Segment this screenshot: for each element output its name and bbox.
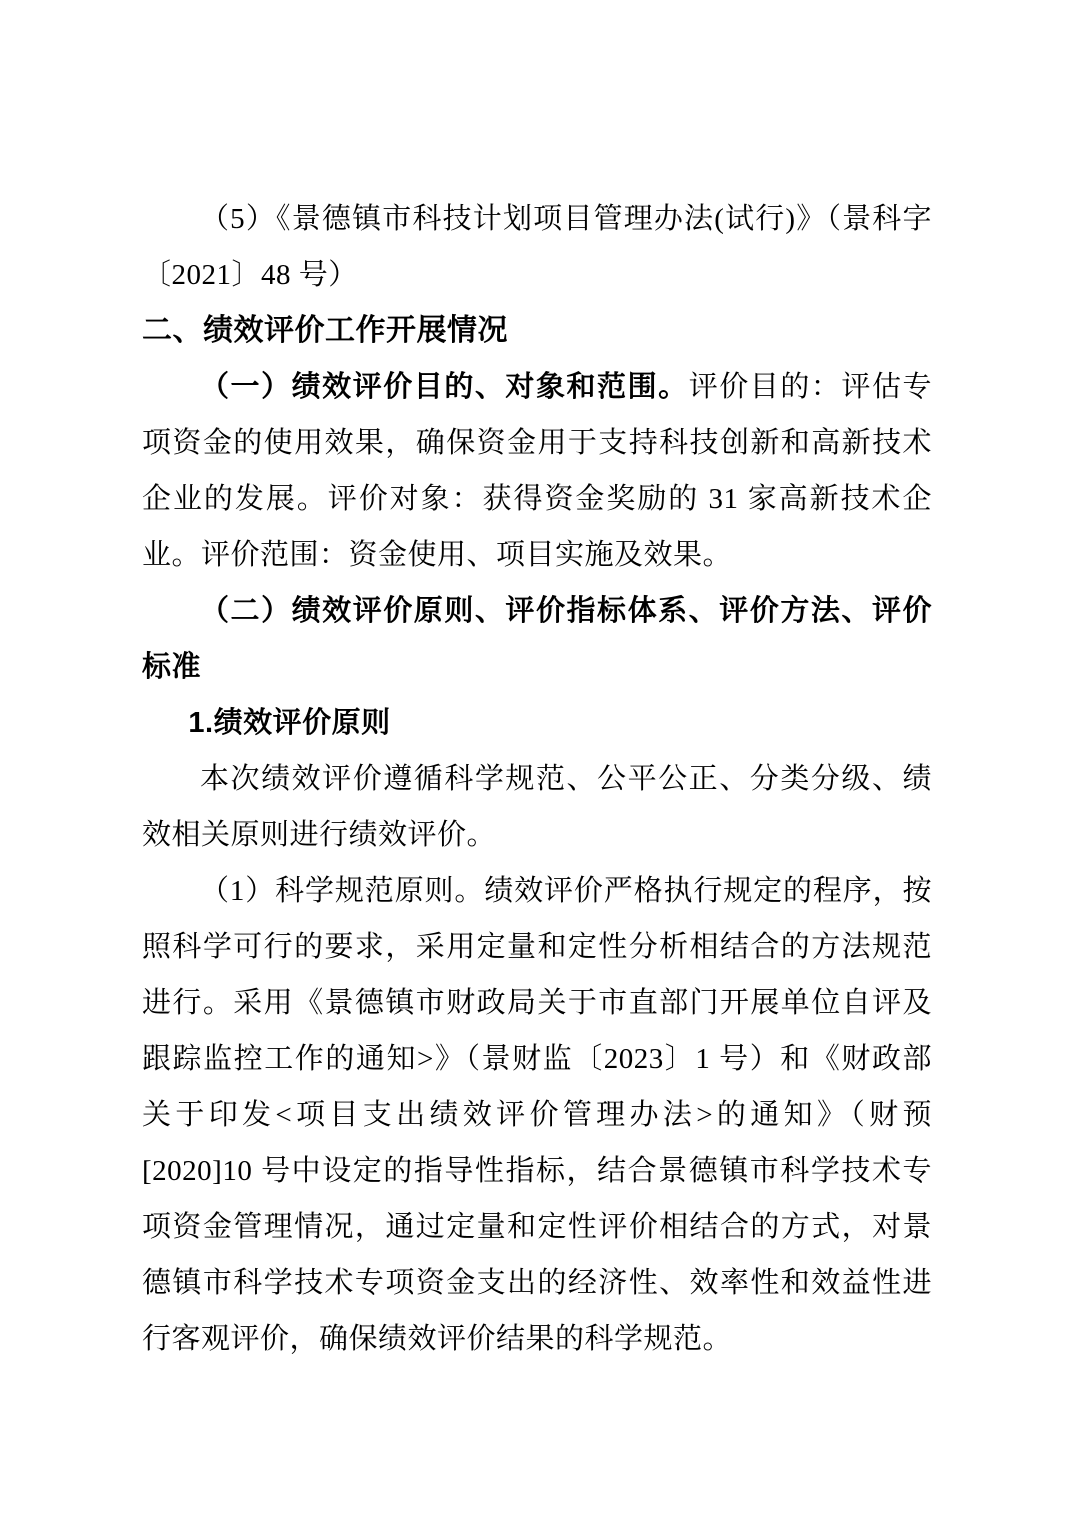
bold-text-run: （二）绩效评价原则、评价指标体系、评价方法、评价标准 xyxy=(142,595,932,683)
bold-text-run: 二、绩效评价工作开展情况 xyxy=(142,314,508,347)
bold-text-run: 1.绩效评价原则 xyxy=(188,707,390,739)
paragraph-4: （二）绩效评价原则、评价指标体系、评价方法、评价标准 xyxy=(142,583,932,695)
text-run: （5）《景德镇市科技计划项目管理办法(试行)》（景科字〔2021〕48 号） xyxy=(142,203,932,291)
document-page: （5）《景德镇市科技计划项目管理办法(试行)》（景科字〔2021〕48 号）二、… xyxy=(0,0,1074,1520)
document-body: （5）《景德镇市科技计划项目管理办法(试行)》（景科字〔2021〕48 号）二、… xyxy=(142,191,932,1367)
bold-text-run: （一）绩效评价目的、对象和范围。 xyxy=(200,371,689,403)
paragraph-2: 二、绩效评价工作开展情况 xyxy=(142,303,932,359)
paragraph-7: （1）科学规范原则。绩效评价严格执行规定的程序，按照科学可行的要求，采用定量和定… xyxy=(142,863,932,1367)
paragraph-1: （5）《景德镇市科技计划项目管理办法(试行)》（景科字〔2021〕48 号） xyxy=(142,191,932,303)
paragraph-5: 1.绩效评价原则 xyxy=(142,695,932,751)
text-run: （1）科学规范原则。绩效评价严格执行规定的程序，按照科学可行的要求，采用定量和定… xyxy=(142,875,932,1355)
paragraph-6: 本次绩效评价遵循科学规范、公平公正、分类分级、绩效相关原则进行绩效评价。 xyxy=(142,751,932,863)
paragraph-3: （一）绩效评价目的、对象和范围。评价目的：评估专项资金的使用效果，确保资金用于支… xyxy=(142,359,932,583)
text-run: 本次绩效评价遵循科学规范、公平公正、分类分级、绩效相关原则进行绩效评价。 xyxy=(142,763,932,851)
